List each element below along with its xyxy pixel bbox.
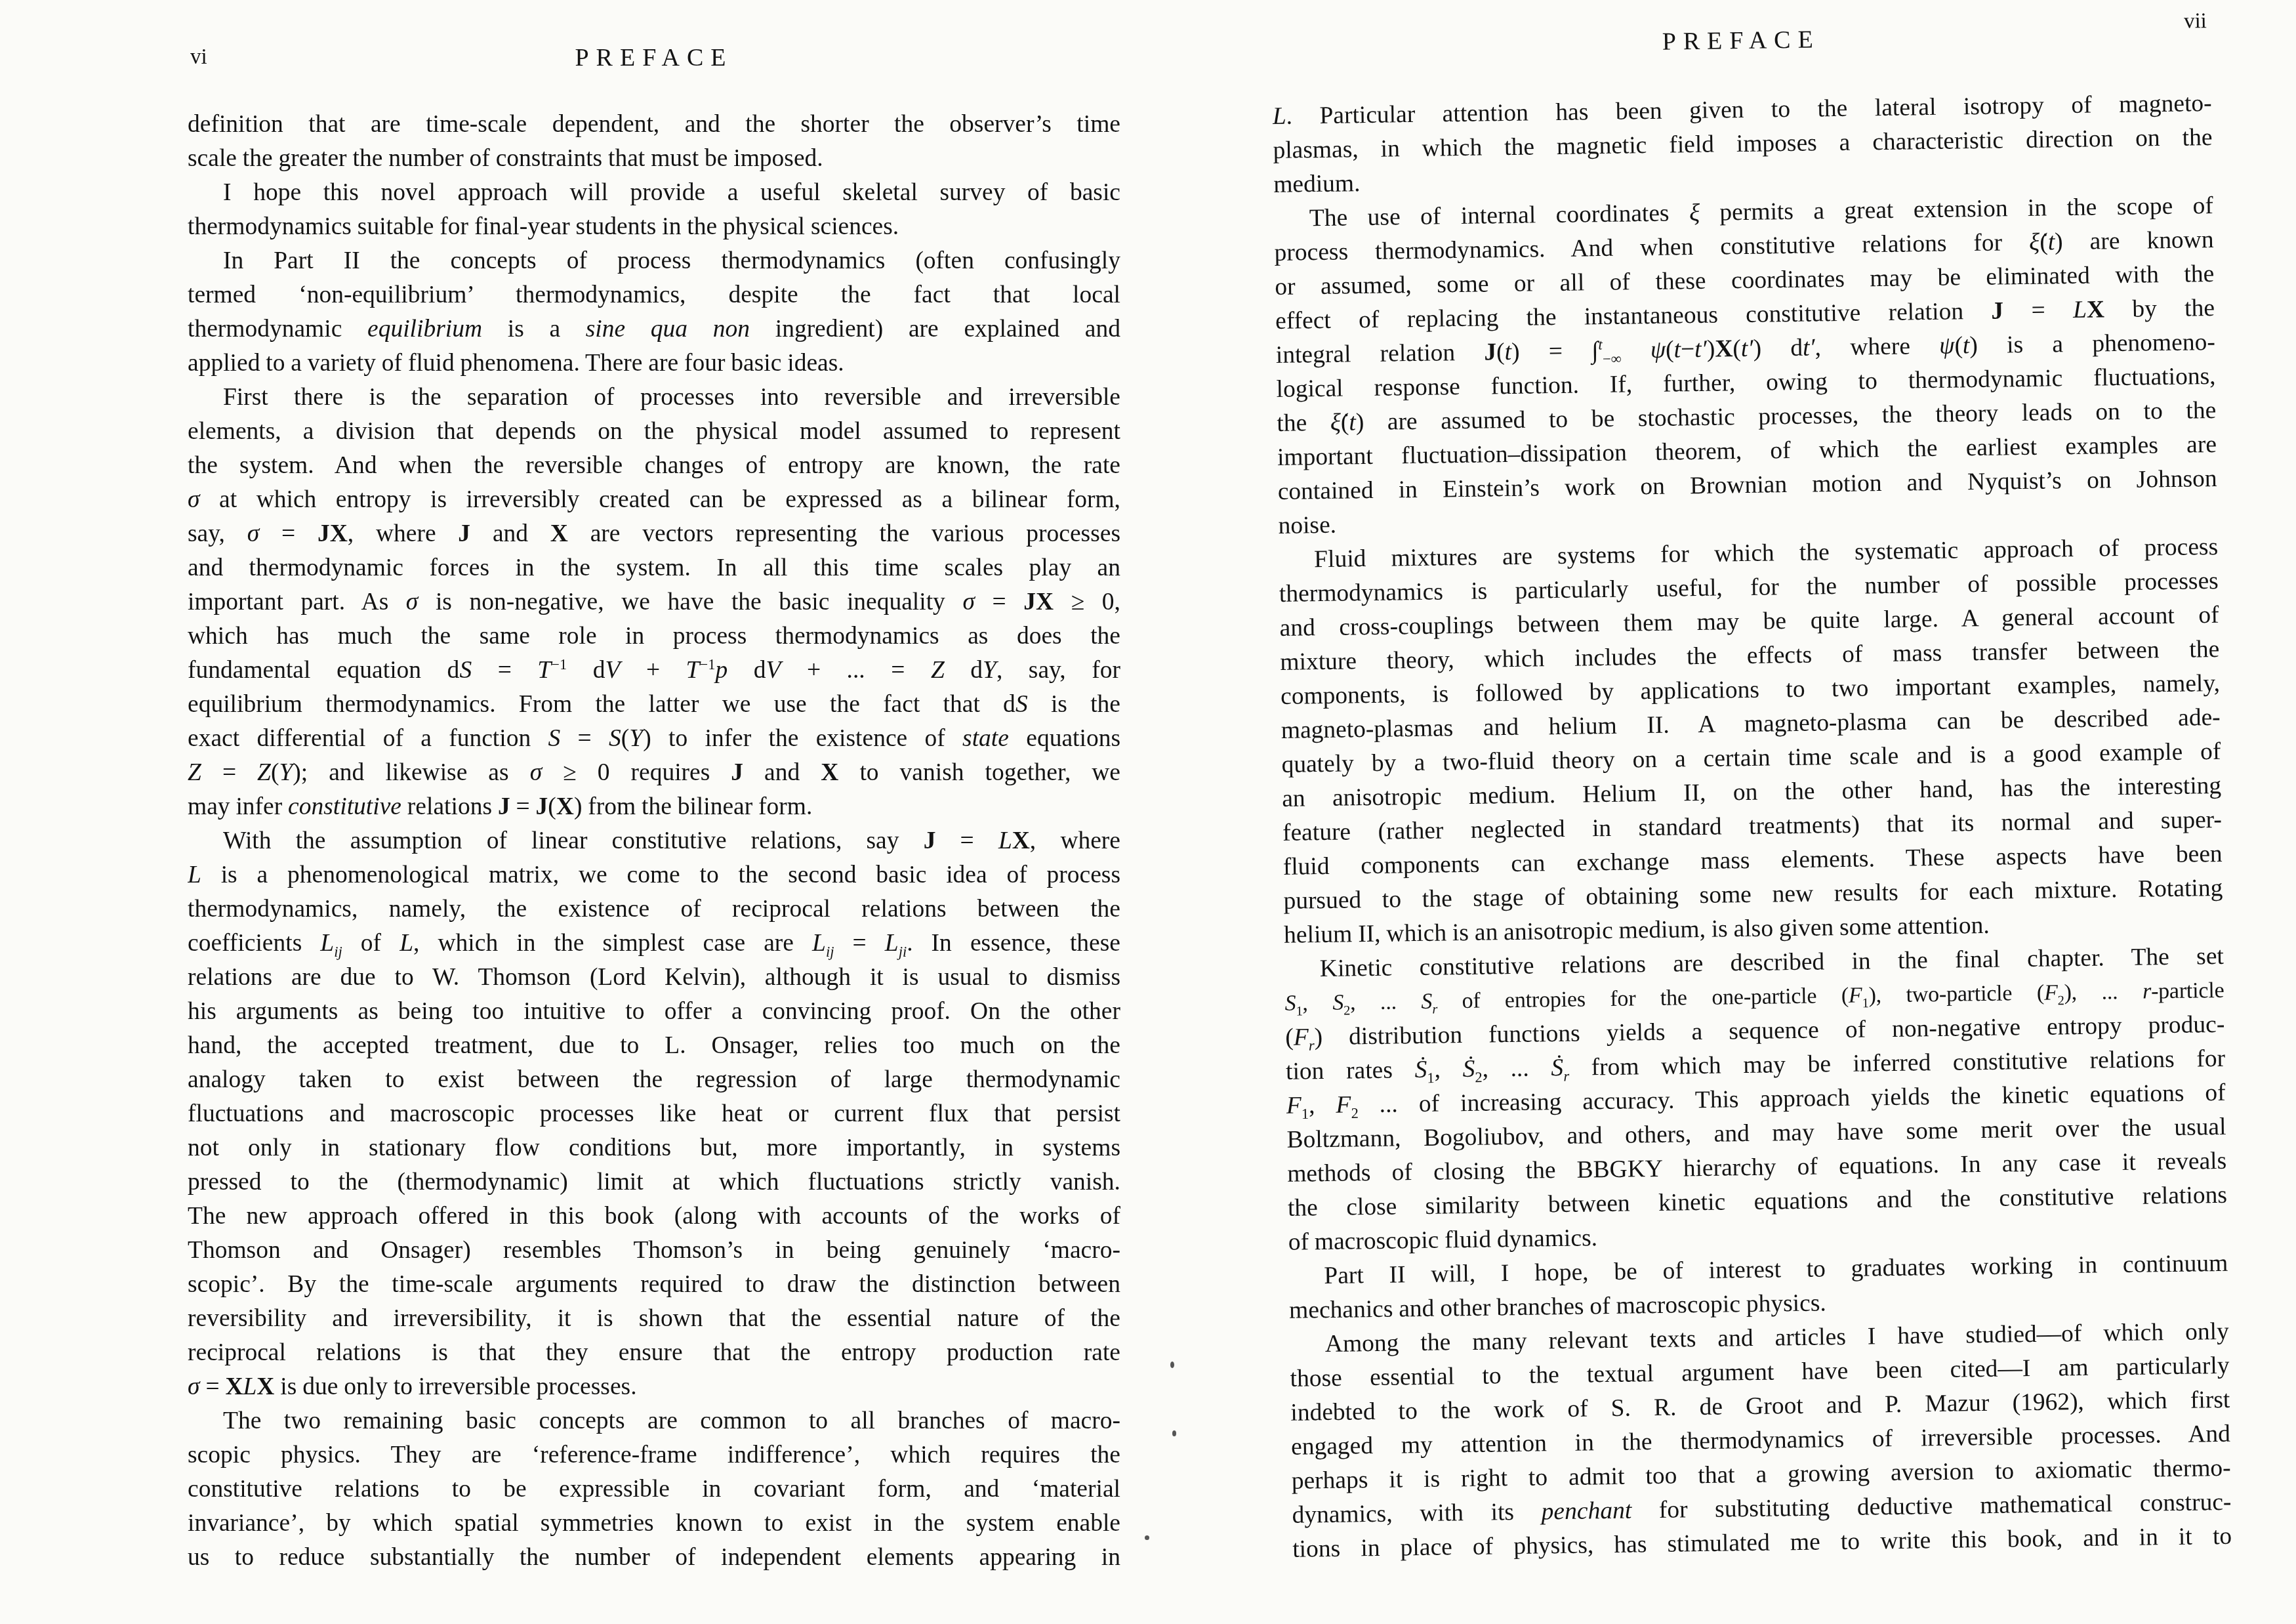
- text-line: elements, a division that depends on the…: [188, 415, 1120, 449]
- text-line: termed ‘non-equilibrium’ thermodynamics,…: [188, 278, 1120, 312]
- text-line: reciprocal relations is that they ensure…: [188, 1336, 1120, 1370]
- page-right-header: PREFACE vii: [1271, 20, 2211, 67]
- text-line: scopic’. By the time-scale arguments req…: [188, 1268, 1120, 1302]
- scan-speck: [1170, 1362, 1174, 1368]
- text-line: Z = Z(Y); and likewise as σ ≥ 0 requires…: [188, 756, 1120, 790]
- text-line: thermodynamics, namely, the existence of…: [188, 892, 1120, 927]
- text-line: constitutive relations to be expressible…: [188, 1472, 1120, 1507]
- page-right-body: L. Particular attention has been given t…: [1272, 87, 2232, 1567]
- text-line: and thermodynamic forces in the system. …: [188, 551, 1120, 585]
- text-line: the system. And when the reversible chan…: [188, 449, 1120, 483]
- text-line: σ = XLX is due only to irreversible proc…: [188, 1370, 1120, 1404]
- running-head: PREFACE: [1271, 20, 2211, 62]
- text-line: invariance’, by which spatial symmetries…: [188, 1507, 1120, 1541]
- page-left-body: definition that are time-scale dependent…: [188, 108, 1120, 1575]
- text-line: hand, the accepted treatment, due to L. …: [188, 1029, 1120, 1063]
- text-line: The new approach offered in this book (a…: [188, 1199, 1120, 1234]
- text-line: Thomson and Onsager) resembles Thomson’s…: [188, 1234, 1120, 1268]
- text-line: reversibility and irreversibility, it is…: [188, 1302, 1120, 1336]
- text-line: equilibrium thermodynamics. From the lat…: [188, 688, 1120, 722]
- text-line: his arguments as being too intuitive to …: [188, 995, 1120, 1029]
- text-line: exact differential of a function S = S(Y…: [188, 722, 1120, 756]
- text-line: thermodynamic equilibrium is a sine qua …: [188, 312, 1120, 346]
- text-line: fluctuations and macroscopic processes l…: [188, 1097, 1120, 1131]
- book-spread: { "document": { "pages": [ { "folio": "v…: [0, 0, 2296, 1624]
- text-line: In Part II the concepts of process therm…: [188, 244, 1120, 278]
- text-line: thermodynamics suitable for final-year s…: [188, 210, 1120, 244]
- text-line: analogy taken to exist between the regre…: [188, 1063, 1120, 1097]
- page-number: vi: [190, 45, 207, 70]
- text-line: scale the greater the number of constrai…: [188, 142, 1120, 176]
- text-line: L is a phenomenological matrix, we come …: [188, 858, 1120, 892]
- scan-speck: [1145, 1535, 1149, 1540]
- page-right: PREFACE vii L. Particular attention has …: [1271, 20, 2232, 1567]
- scan-speck: [1172, 1430, 1176, 1436]
- text-line: may infer constitutive relations J = J(X…: [188, 790, 1120, 824]
- text-line: scopic physics. They are ‘reference-fram…: [188, 1438, 1120, 1472]
- text-line: say, σ = JX, where J and X are vectors r…: [188, 517, 1120, 551]
- text-line: relations are due to W. Thomson (Lord Ke…: [188, 961, 1120, 995]
- text-line: pressed to the (thermodynamic) limit at …: [188, 1165, 1120, 1199]
- page-left-header: vi PREFACE: [188, 43, 1120, 77]
- text-line: applied to a variety of fluid phenomena.…: [188, 346, 1120, 381]
- text-line: us to reduce substantially the number of…: [188, 1541, 1120, 1575]
- text-line: σ at which entropy is irreversibly creat…: [188, 483, 1120, 517]
- text-line: fundamental equation dS = T−1 dV + T−1p …: [188, 654, 1120, 688]
- text-line: which has much the same role in process …: [188, 619, 1120, 654]
- running-head: PREFACE: [188, 43, 1120, 72]
- text-line: important part. As σ is non-negative, we…: [188, 585, 1120, 619]
- page-left: vi PREFACE definition that are time-scal…: [188, 43, 1120, 1575]
- text-line: I hope this novel approach will provide …: [188, 176, 1120, 210]
- text-line: not only in stationary flow conditions b…: [188, 1131, 1120, 1165]
- text-line: First there is the separation of process…: [188, 381, 1120, 415]
- text-line: coefficients Lij of L, which in the simp…: [188, 927, 1120, 961]
- text-line: The two remaining basic concepts are com…: [188, 1404, 1120, 1438]
- text-line: With the assumption of linear constituti…: [188, 824, 1120, 858]
- text-line: definition that are time-scale dependent…: [188, 108, 1120, 142]
- page-number: vii: [2184, 9, 2207, 33]
